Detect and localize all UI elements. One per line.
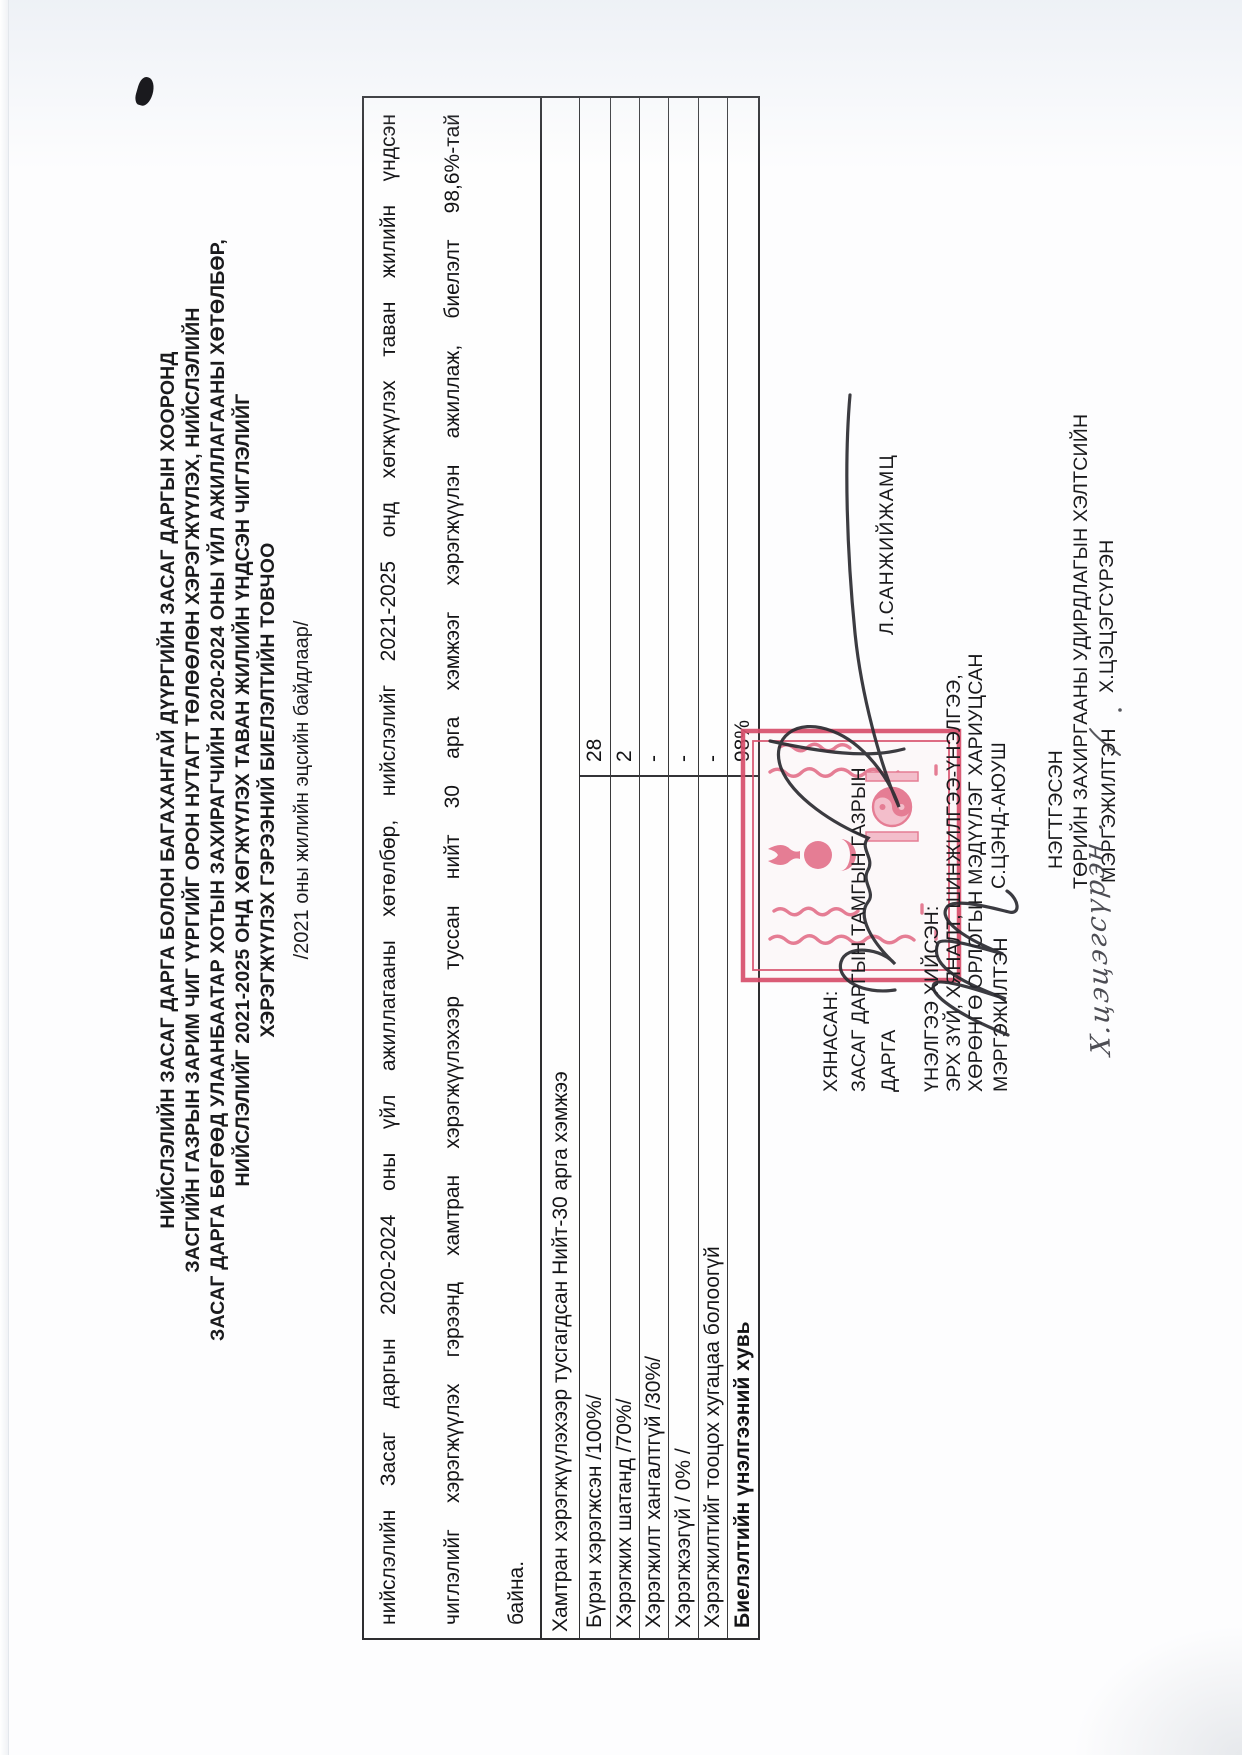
- row-label: Хэрэгжих шатанд /70%/: [611, 777, 639, 1638]
- table-row: Хэрэгжээгүй / 0% / -: [669, 98, 699, 1638]
- evaluated-name: С.ЦЭНД-АЮУШ: [988, 742, 1011, 889]
- table-row: Бүрэн хэрэгжсэн /100%/ 28: [580, 98, 611, 1638]
- document-title: НИЙСЛЭЛИЙН ЗАСАГ ДАРГА БОЛОН БАГАХАНГАЙ …: [156, 0, 315, 1585]
- document-rotated-layer: НИЙСЛЭЛИЙН ЗАСАГ ДАРГА БОЛОН БАГАХАНГАЙ …: [0, 0, 1242, 1755]
- title-line-3: ЗАСАГ ДАРГА БӨГӨӨД УЛААНБААТАР ХОТЫН ЗАХ…: [206, 0, 231, 1585]
- row-value: -: [669, 98, 698, 777]
- summary-table: нийслэлийн Засаг даргын 2020-2024 оны үй…: [362, 96, 760, 1640]
- evaluated-heading: ҮНЭЛГЭЭ ХИЙСЭН:: [921, 905, 944, 1092]
- summary-line: байна.: [501, 114, 533, 1625]
- reviewed-org: ЗАСАГ ДАРГЫН ТАМГЫН ГАЗРЫН: [848, 767, 871, 1092]
- table-row: Хэрэгжих шатанд /70%/ 2: [611, 98, 640, 1638]
- row-label: Хэрэгжилт хангалтгүй /30%/: [640, 777, 668, 1638]
- reviewed-heading: ХЯНАСАН:: [820, 990, 843, 1092]
- scanned-page: НИЙСЛЭЛИЙН ЗАСАГ ДАРГА БОЛОН БАГАХАНГАЙ …: [0, 0, 1242, 1755]
- row-label: Хэрэгжээгүй / 0% /: [669, 777, 698, 1638]
- title-line-4: НИЙСЛЭЛИЙГ 2021-2025 ОНД ХӨГЖҮҮЛЭХ ТАВАН…: [231, 0, 256, 1585]
- consolidated-heading: НЭГТГЭСЭН: [1045, 750, 1068, 869]
- evaluated-org-line1: ЭРХ ЗҮЙ, ХЯНАЛТ, ШИНЖИЛГЭЭ-ҮНЭЛГЭЭ,: [943, 674, 966, 1092]
- row-value: 98%: [728, 98, 758, 777]
- table-row: Хэрэгжилтийг тооцох хугацаа болоогүй -: [699, 98, 728, 1638]
- evaluated-org-line2: ХӨРӨНГӨ ОРЛОГЫН МЭДҮҮЛЭГ ХАРИУЦСАН: [965, 653, 988, 1092]
- row-value: -: [640, 98, 668, 777]
- title-line-2: ЗАСГИЙН ГАЗРЫН ЗАРИМ ЧИГ ҮҮРГИЙГ ОРОН НУ…: [181, 0, 206, 1585]
- evaluated-role: МЭРГЭЖИЛТЭН: [990, 937, 1013, 1092]
- row-value: 28: [580, 98, 610, 777]
- title-line-5: ХЭРЭГЖҮҮЛЭХ ГЭРЭЭНИЙ БИЕЛЭЛТИЙН ТОВЧОО: [256, 0, 281, 1585]
- scan-left-edge: [0, 0, 9, 1755]
- title-line-1: НИЙСЛЭЛИЙН ЗАСАГ ДАРГА БОЛОН БАГАХАНГАЙ …: [156, 0, 181, 1585]
- row-label: Хэрэгжилтийг тооцох хугацаа болоогүй: [699, 777, 727, 1638]
- reviewed-role: ДАРГА: [878, 1030, 901, 1092]
- title-subtitle: /2021 оны жилийн эцсийн байдлаар/: [290, 0, 315, 1585]
- summary-paragraph: нийслэлийн Засаг даргын 2020-2024 оны үй…: [364, 98, 542, 1638]
- table-header-row: Хамтран хэрэгжүүлэхээр тусгагдсан Нийт-3…: [542, 98, 580, 1638]
- reviewed-name: Л.САНЖИЙЖАМЦ: [876, 454, 899, 635]
- summary-line: нийслэлийн Засаг даргын 2020-2024 оны үй…: [373, 114, 437, 1625]
- table-header-label: Хамтран хэрэгжүүлэхээр тусгагдсан Нийт-3…: [542, 1071, 579, 1638]
- consolidated-name: Х.ЦЭЦЭГСҮРЭН: [1096, 540, 1119, 693]
- row-label: Бүрэн хэрэгжсэн /100%/: [580, 777, 610, 1638]
- row-value: 2: [611, 98, 639, 777]
- table-row: Хэрэгжилт хангалтгүй /30%/ -: [640, 98, 669, 1638]
- summary-line: чиглэлийг хэрэгжүүлэх гэрээнд хамтран хэ…: [437, 114, 501, 1625]
- row-value: -: [699, 98, 727, 777]
